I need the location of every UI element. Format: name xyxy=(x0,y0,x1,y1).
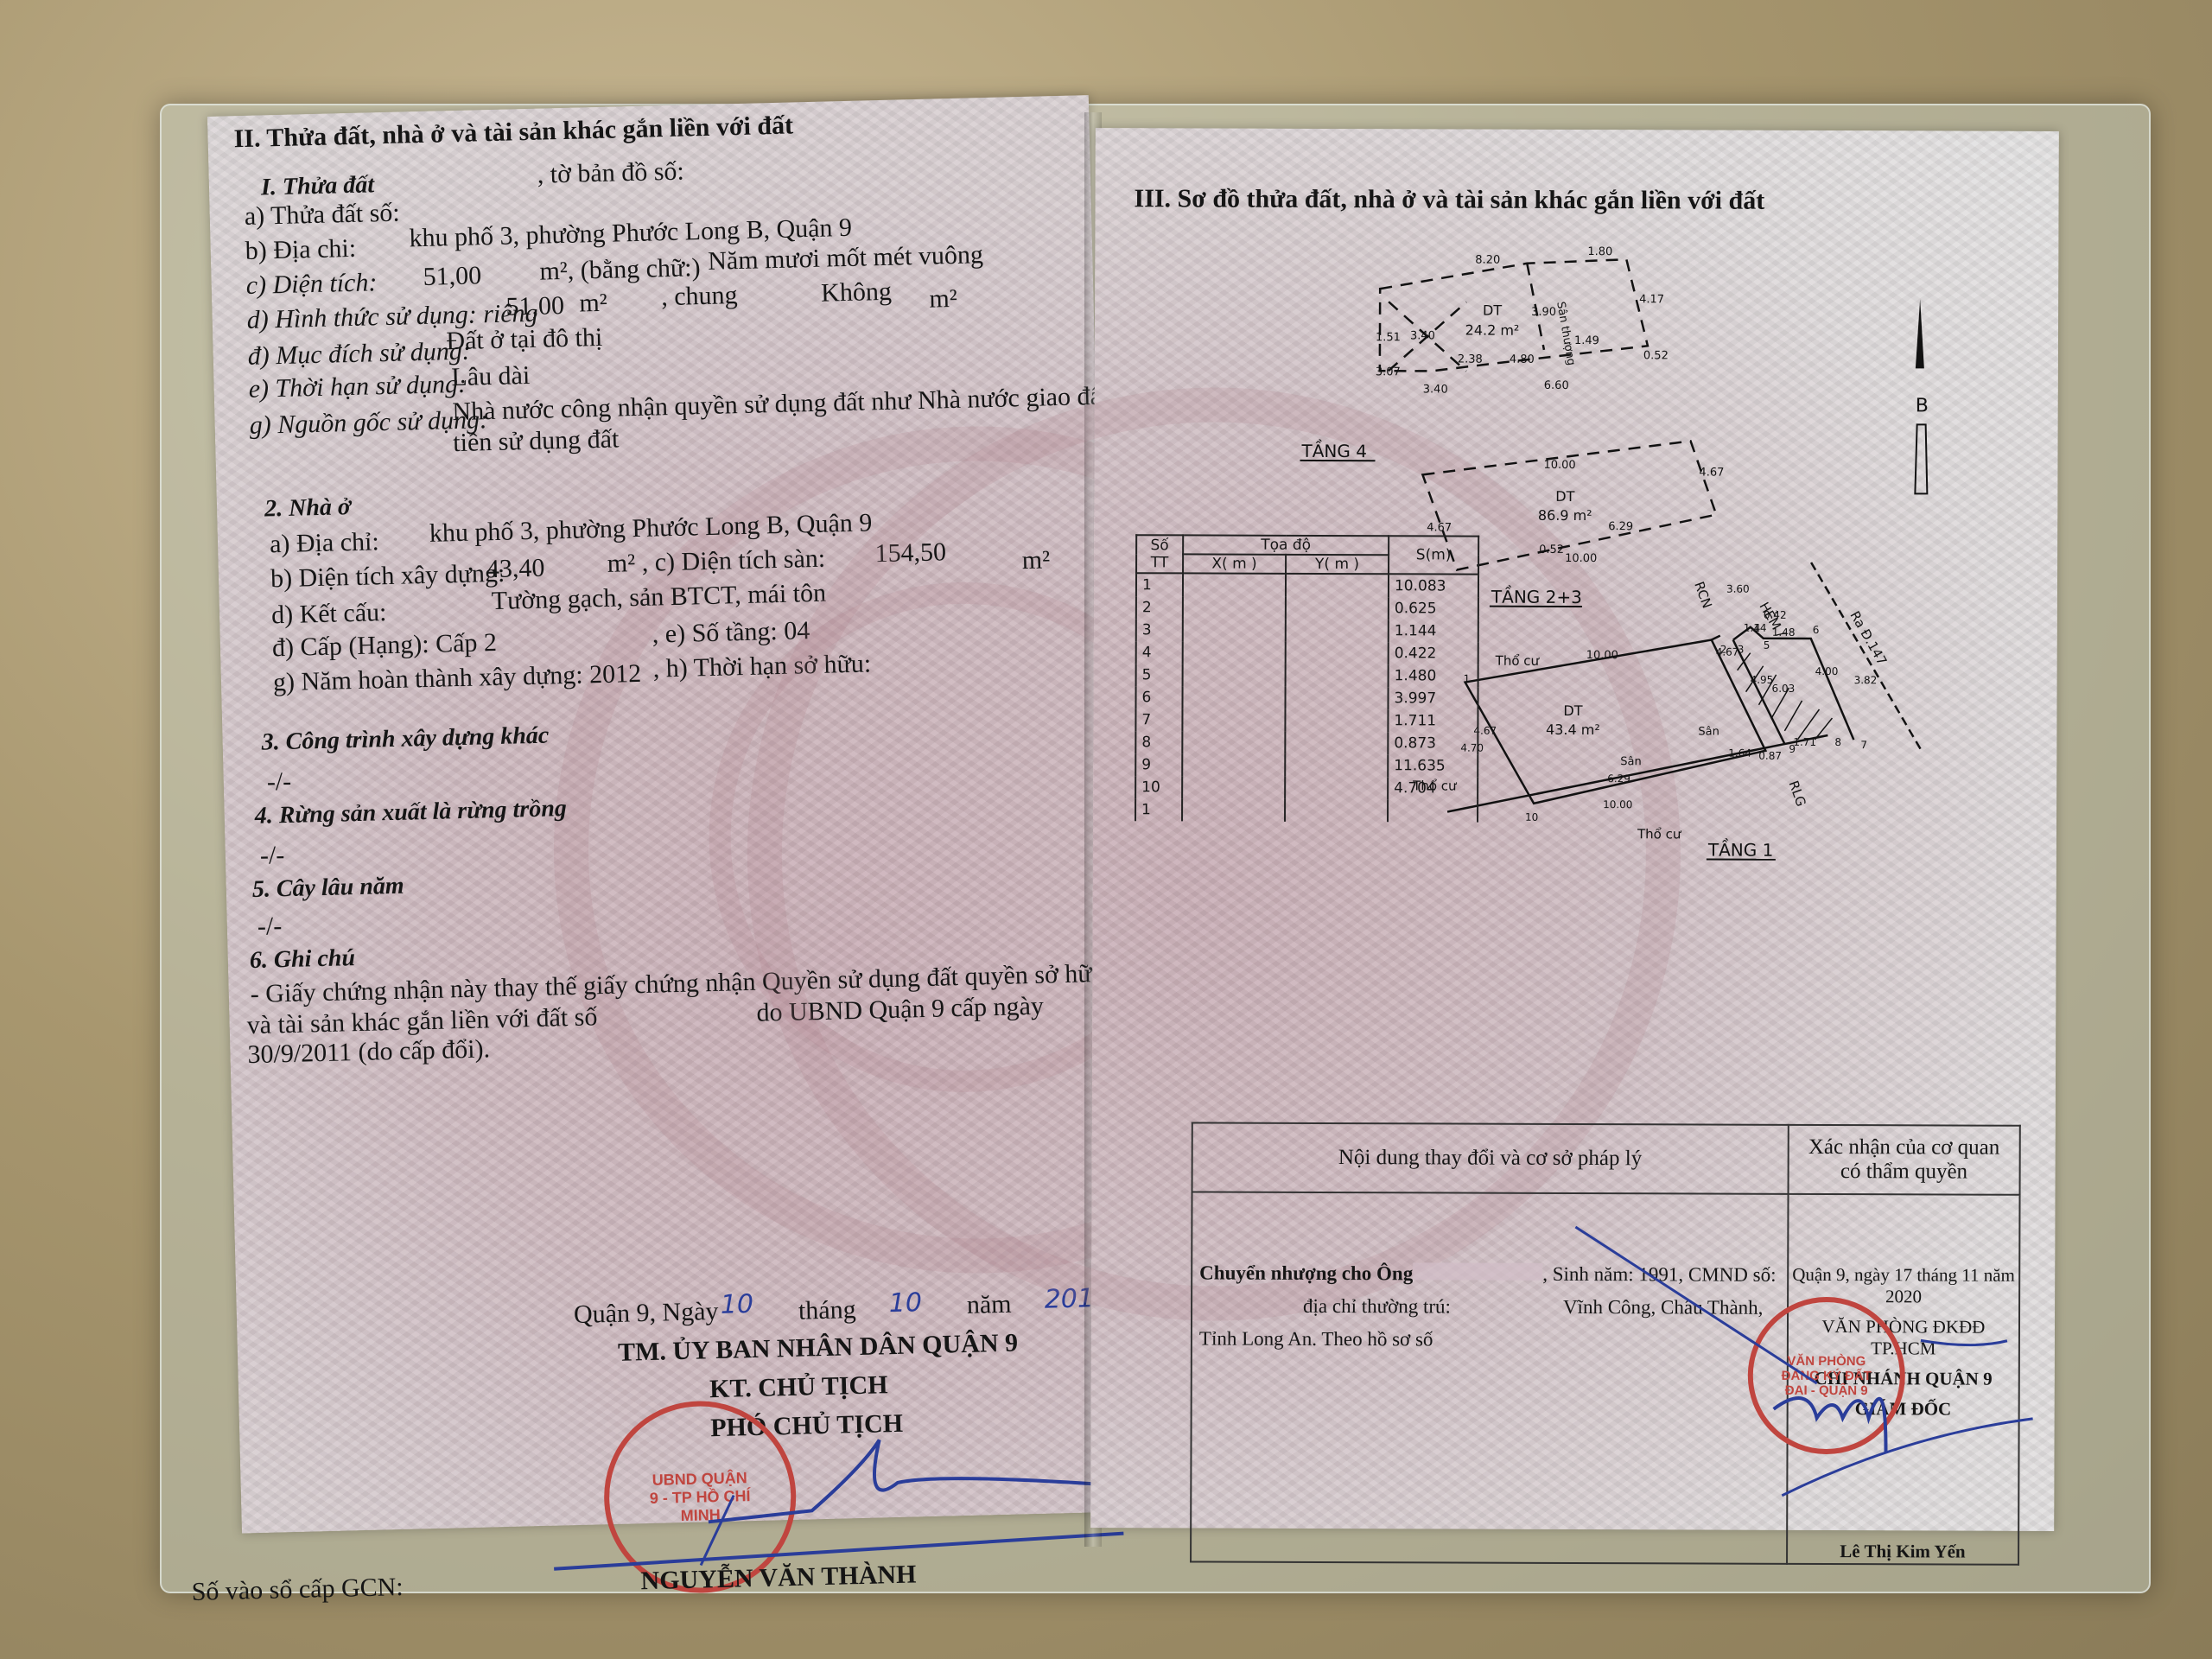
row-y xyxy=(1286,620,1389,642)
land-address-label: b) Địa chi: xyxy=(245,234,356,266)
row-no: 6 xyxy=(1135,686,1182,709)
row-s: 0.873 xyxy=(1388,732,1478,754)
dim: 1.80 xyxy=(1587,245,1612,258)
redacted-name xyxy=(1413,1262,1542,1281)
floor23-area: 86.9 m² xyxy=(1538,507,1592,524)
row-x xyxy=(1183,619,1286,641)
purpose-value: Đất ở tại đô thị xyxy=(446,323,603,356)
notes-line-3: 30/9/2011 (do cấp đổi). xyxy=(247,1034,490,1070)
land-heading: I. Thửa đất xyxy=(261,171,375,201)
dim: 10.00 xyxy=(1543,459,1575,472)
row-no: 1 xyxy=(1136,573,1183,596)
row-s: 3.997 xyxy=(1388,687,1478,709)
col2-header-line2: có thẩm quyền xyxy=(1789,1160,2018,1185)
coord-row: 110.083 xyxy=(1136,573,1478,597)
content-line2a: địa chỉ thường trú: xyxy=(1303,1295,1451,1318)
coord-row: 80.873 xyxy=(1135,731,1478,754)
floor4-label: TẦNG 4 xyxy=(1300,440,1367,461)
row-s: 1.711 xyxy=(1388,709,1478,732)
perennial-value: -/- xyxy=(257,912,283,942)
dim: 1.51 xyxy=(1376,331,1401,344)
dim: 10.00 xyxy=(1586,649,1618,662)
row-no: 10 xyxy=(1135,776,1182,798)
redacted-address xyxy=(1451,1296,1563,1313)
point-label: 9 xyxy=(1789,743,1796,755)
usage-shared-value: Không xyxy=(821,277,892,308)
row-no: 4 xyxy=(1136,641,1183,664)
col-no: Số TT xyxy=(1136,535,1183,573)
dim: 0.52 xyxy=(1643,349,1669,362)
sign-role-1: KT. CHỦ TỊCH xyxy=(709,1370,888,1404)
coord-row: 1 xyxy=(1135,798,1478,822)
coordinate-table: Số TT Tọa độ S(m) X( m ) Y( m ) 110.0832… xyxy=(1135,534,1479,822)
built-area-unit: m² xyxy=(607,549,635,579)
notes-heading: 6. Ghi chú xyxy=(249,944,355,975)
sign-year-label: năm xyxy=(966,1290,1011,1320)
dim: 6.29 xyxy=(1608,520,1633,533)
dim: 0.52 xyxy=(1539,543,1564,556)
coord-row: 51.480 xyxy=(1136,664,1478,687)
col-s: S(m) xyxy=(1389,536,1478,574)
house-heading: 2. Nhà ở xyxy=(264,493,352,523)
dim: 10.00 xyxy=(1603,798,1632,810)
north-arrow-icon: B xyxy=(1915,299,1929,493)
dim: 1.64 xyxy=(1728,747,1751,760)
row-x xyxy=(1182,776,1285,798)
coord-row: 71.711 xyxy=(1135,709,1478,732)
col-x: X( m ) xyxy=(1183,554,1286,573)
sign-day: 10 xyxy=(720,1289,753,1320)
row-x xyxy=(1182,753,1285,776)
dim: 4.80 xyxy=(1510,353,1535,366)
usage-shared-label: , chung xyxy=(661,281,738,312)
other-construction-value: -/- xyxy=(266,767,291,798)
house-address-label: a) Địa chỉ: xyxy=(270,527,379,559)
structure-label: d) Kết cấu: xyxy=(271,598,387,630)
other-construction-heading: 3. Công trình xây dựng khác xyxy=(261,722,549,757)
forest-value: -/- xyxy=(260,841,285,871)
row-no: 1 xyxy=(1135,798,1182,821)
dim: 4.00 xyxy=(1815,665,1839,677)
row-x xyxy=(1182,709,1285,731)
street-label: RCN xyxy=(1691,580,1715,611)
floor1-label: TẦNG 1 xyxy=(1707,839,1774,861)
row-y xyxy=(1285,687,1388,709)
dim: 6.60 xyxy=(1544,379,1569,392)
dim: 1.48 xyxy=(1772,626,1796,639)
dim: 2.38 xyxy=(1458,353,1483,366)
row-no: 3 xyxy=(1136,619,1183,641)
built-area-value: 43,40 xyxy=(486,554,544,585)
dim: 1.71 xyxy=(1793,736,1816,748)
sign-month-label: tháng xyxy=(798,1295,856,1326)
row-no: 7 xyxy=(1135,709,1182,731)
col-y: Y( m ) xyxy=(1286,555,1389,574)
row-no: 8 xyxy=(1135,731,1182,753)
row-x xyxy=(1183,641,1286,664)
dim: 6.03 xyxy=(1772,683,1796,695)
dim: 3.90 xyxy=(1531,306,1556,319)
area-label: c) Diện tích: xyxy=(245,268,377,301)
row-no: 9 xyxy=(1135,753,1182,776)
usage-shared-unit: m² xyxy=(929,284,957,315)
dim: 1.49 xyxy=(1574,334,1599,347)
registry-label: Số vào sổ cấp GCN: xyxy=(191,1573,404,1607)
map-sheet-label: , tờ bản đồ số: xyxy=(537,157,684,190)
section-title-II: II. Thửa đất, nhà ở và tài sản khác gắn … xyxy=(233,111,793,154)
row-x xyxy=(1182,798,1285,821)
dim: 10.00 xyxy=(1565,552,1597,565)
row-y xyxy=(1286,642,1389,664)
point-label: 6 xyxy=(1813,624,1820,636)
dim: 4.67 xyxy=(1699,467,1724,480)
floor1-area: 43.4 m² xyxy=(1546,721,1600,738)
point-label: 5 xyxy=(1764,639,1770,652)
row-s: 11.635 xyxy=(1388,754,1478,777)
row-x xyxy=(1182,731,1285,753)
dim: 3.40 xyxy=(1423,383,1448,396)
point-label: 2 xyxy=(1720,644,1727,656)
parcel-label: a) Thửa đất số: xyxy=(244,199,400,232)
coord-row: 104.704 xyxy=(1135,776,1478,799)
row-s: 1.480 xyxy=(1389,664,1478,687)
row-x xyxy=(1183,664,1286,686)
north-label: B xyxy=(1916,395,1929,416)
grade-label: đ) Cấp (Hạng): Cấp 2 xyxy=(272,628,498,663)
row-y xyxy=(1286,597,1389,620)
dim: 3.60 xyxy=(1726,583,1750,595)
handwritten-signature-right xyxy=(1557,1210,2042,1531)
confirm-signer: Lê Thị Kim Yến xyxy=(1789,1541,2017,1563)
changes-col1-header: Nội dung thay đổi và cơ sở pháp lý xyxy=(1192,1122,1789,1193)
purpose-label: đ) Mục đích sử dụng: xyxy=(247,337,471,372)
handwritten-signature xyxy=(534,1425,1142,1578)
row-s: 0.625 xyxy=(1389,597,1478,620)
yard-label: Sân xyxy=(1620,755,1642,768)
area-words: Năm mươi mốt mét vuông xyxy=(708,240,984,276)
row-s: 0.422 xyxy=(1389,642,1478,664)
row-s xyxy=(1388,799,1478,822)
dim: 0.87 xyxy=(1758,750,1782,762)
changes-col2-header: Xác nhận của cơ quan có thẩm quyền xyxy=(1788,1125,2020,1195)
row-x xyxy=(1182,686,1285,709)
row-y xyxy=(1285,754,1388,777)
street-label: RLG xyxy=(1785,779,1808,809)
col-coords: Tọa độ xyxy=(1183,535,1389,555)
floor-area-label: , c) Diện tích sàn: xyxy=(641,544,825,578)
col2-header-line1: Xác nhận của cơ quan xyxy=(1789,1135,2018,1160)
floor4-area: 24.2 m² xyxy=(1465,322,1520,339)
area-value: 51,00 xyxy=(423,261,481,292)
row-y xyxy=(1285,732,1388,754)
coord-row: 31.144 xyxy=(1136,619,1478,642)
floor1-dt: DT xyxy=(1563,702,1582,719)
dim: 4.95 xyxy=(1751,674,1774,686)
point-label: 3 xyxy=(1738,644,1745,656)
dim: 3.07 xyxy=(1376,365,1401,378)
floor23-dt: DT xyxy=(1555,488,1574,505)
row-x xyxy=(1183,596,1286,619)
term-label: e) Thời hạn sử dụng: xyxy=(248,370,467,404)
dim: 6.29 xyxy=(1607,772,1630,785)
coord-row: 911.635 xyxy=(1135,753,1478,777)
coord-row: 20.625 xyxy=(1136,596,1478,620)
row-y xyxy=(1285,777,1388,799)
row-no: 2 xyxy=(1136,596,1183,619)
dim: 3.82 xyxy=(1854,674,1878,686)
sign-org: TM. ỦY BAN NHÂN DÂN QUẬN 9 xyxy=(618,1329,1019,1368)
row-y xyxy=(1285,709,1388,732)
dim: 8.20 xyxy=(1475,254,1500,267)
coord-row: 40.422 xyxy=(1136,641,1478,664)
built-area-label: b) Diện tích xây dựng: xyxy=(270,559,505,594)
yard-label: Sân xyxy=(1698,725,1719,738)
dim: 0.42 xyxy=(1764,609,1787,621)
usage-private-unit: m² xyxy=(579,289,607,319)
sign-date-prefix: Quận 9, Ngày xyxy=(574,1297,719,1330)
row-s: 10.083 xyxy=(1389,574,1478,597)
right-page: III. Sơ đồ thửa đất, nhà ở và tài sản kh… xyxy=(1090,128,2059,1531)
origin-value-2: tiền sử dụng đất xyxy=(453,424,620,458)
point-label: 10 xyxy=(1525,811,1538,823)
sign-month: 10 xyxy=(888,1287,922,1319)
row-s: 4.704 xyxy=(1388,777,1478,799)
notes-line-2a: và tài sản khác gắn liền với đất số xyxy=(246,1002,597,1040)
dim: 4.17 xyxy=(1639,293,1664,306)
point-label: 7 xyxy=(1860,739,1867,751)
row-no: 5 xyxy=(1136,664,1183,686)
floor4-dt: DT xyxy=(1483,302,1502,319)
row-y xyxy=(1285,799,1388,822)
neighbor-label: Thổ cư xyxy=(1637,826,1682,842)
row-y xyxy=(1286,664,1389,687)
neighbor-label: Thổ cư xyxy=(1495,653,1541,669)
forest-heading: 4. Rừng sản xuất là rừng trồng xyxy=(254,795,567,830)
floor23-label: TẦNG 2+3 xyxy=(1491,586,1582,607)
row-x xyxy=(1183,573,1286,596)
coord-row: 63.997 xyxy=(1135,686,1478,709)
row-s: 1.144 xyxy=(1389,620,1478,642)
point-label: 8 xyxy=(1834,736,1841,748)
term-value: Lâu dài xyxy=(451,361,531,392)
row-y xyxy=(1286,574,1389,597)
floors-label: , e) Số tầng: 04 xyxy=(652,616,810,649)
usage-private-value: 51,00 xyxy=(505,291,564,322)
dim: 4.67 xyxy=(1716,646,1739,658)
perennial-heading: 5. Cây lâu năm xyxy=(251,873,404,904)
dim: 4.67 xyxy=(1427,521,1452,534)
content-line1a: Chuyển nhượng cho Ông xyxy=(1199,1262,1413,1284)
dim: 3.40 xyxy=(1410,329,1435,342)
point-label: 4 xyxy=(1754,622,1761,634)
